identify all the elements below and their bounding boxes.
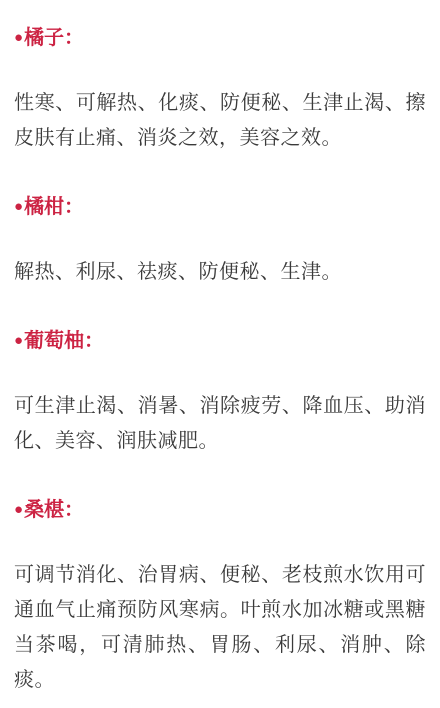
section-body: 性寒、可解热、化痰、防便秘、生津止渴、擦皮肤有止痛、消炎之效，美容之效。 [14,86,426,156]
section-title: ●橘柑： [14,192,426,222]
section-title-text: 橘子： [24,27,84,49]
section-body: 解热、利尿、祛痰、防便秘、生津。 [14,255,426,290]
section-body: 可调节消化、治胃病、便秘、老枝煎水饮用可通血气止痛预防风寒病。叶煎水加冰糖或黑糖… [14,558,426,698]
section-body: 可生津止渴、消暑、消除疲劳、降血压、助消化、美容、润肤减肥。 [14,389,426,459]
bullet-icon: ● [14,29,23,46]
section-mandarin: ●橘柑： 解热、利尿、祛痰、防便秘、生津。 [14,192,426,290]
section-title: ●葡萄柚： [14,326,426,356]
bullet-icon: ● [14,501,23,518]
fruit-benefits-article: ●橘子： 性寒、可解热、化痰、防便秘、生津止渴、擦皮肤有止痛、消炎之效，美容之效… [0,0,440,698]
section-title-text: 葡萄柚： [24,330,104,352]
section-title-text: 橘柑： [24,196,84,218]
section-mulberry: ●桑椹： 可调节消化、治胃病、便秘、老枝煎水饮用可通血气止痛预防风寒病。叶煎水加… [14,495,426,698]
section-title-text: 桑椹： [24,499,84,521]
section-title: ●桑椹： [14,495,426,525]
section-tangerine: ●橘子： 性寒、可解热、化痰、防便秘、生津止渴、擦皮肤有止痛、消炎之效，美容之效… [14,23,426,156]
bullet-icon: ● [14,198,23,215]
section-title: ●橘子： [14,23,426,53]
section-grapefruit: ●葡萄柚： 可生津止渴、消暑、消除疲劳、降血压、助消化、美容、润肤减肥。 [14,326,426,459]
bullet-icon: ● [14,332,23,349]
